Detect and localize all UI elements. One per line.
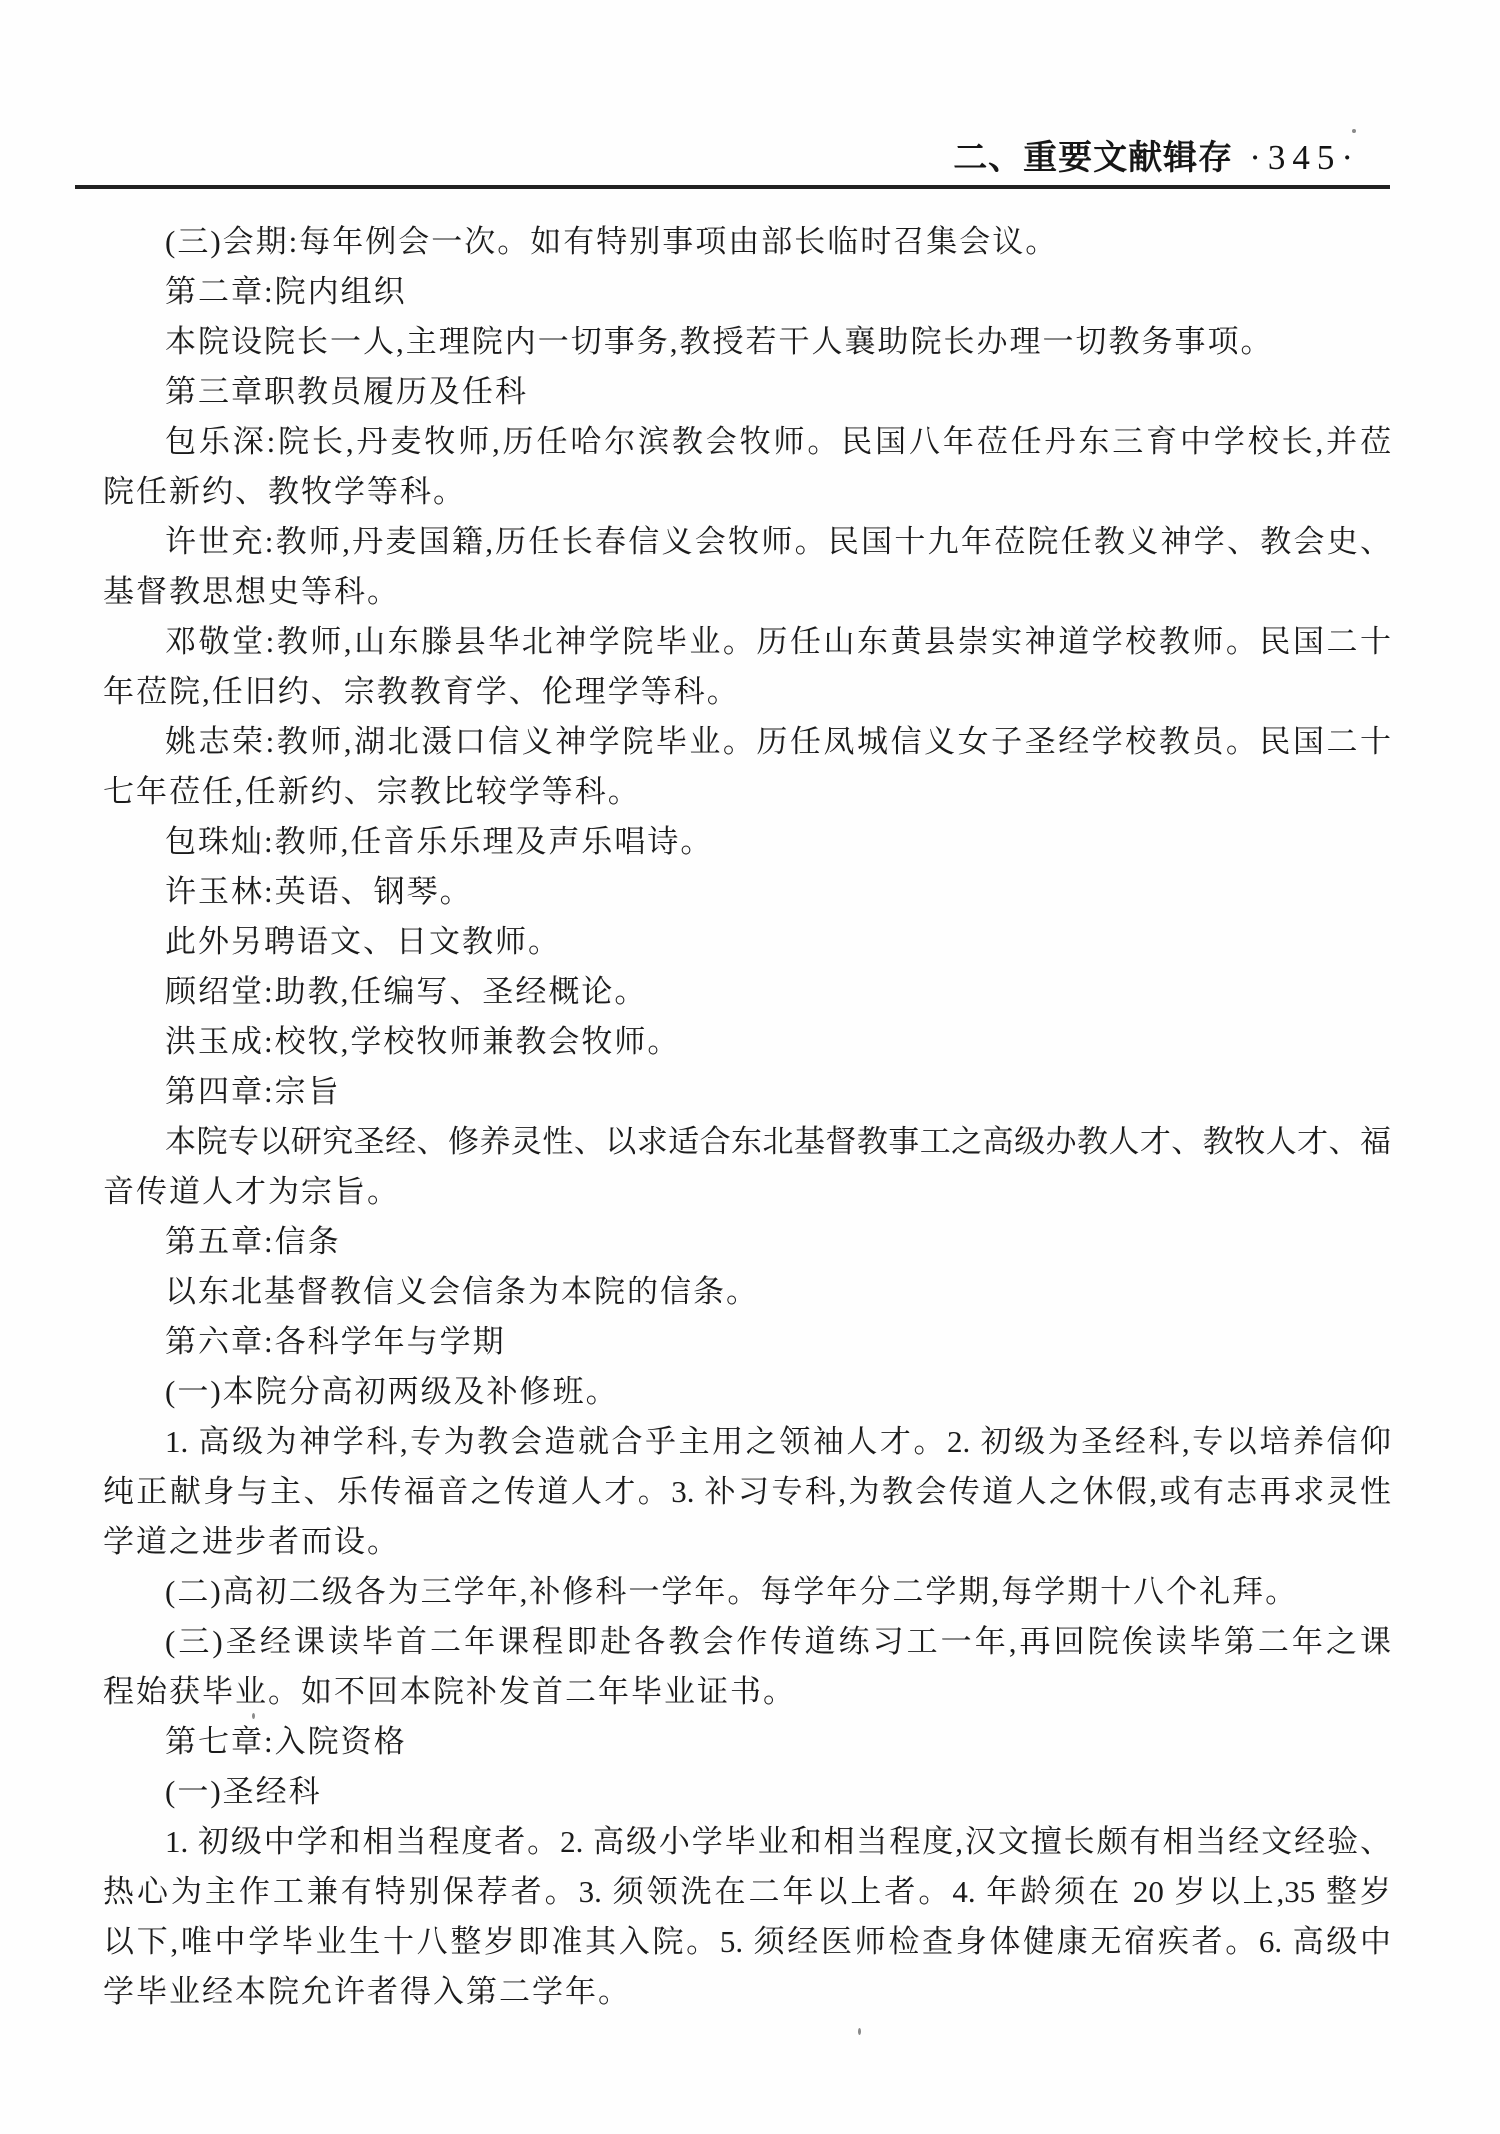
text-line: 第六章:各科学年与学期 bbox=[103, 1317, 1391, 1367]
text-line: 邓敬堂:教师,山东滕县华北神学院毕业。历任山东黄县崇实神道学校教师。民国二十 bbox=[103, 617, 1391, 667]
text-line: 第二章:院内组织 bbox=[103, 267, 1391, 317]
text-line: 学毕业经本院允许者得入第二学年。 bbox=[103, 1967, 1391, 2017]
text-line: 姚志荣:教师,湖北滠口信义神学院毕业。历任凤城信义女子圣经学校教员。民国二十 bbox=[103, 717, 1391, 767]
scan-speck bbox=[252, 1713, 255, 1719]
text-line: (一)本院分高初两级及补修班。 bbox=[103, 1367, 1391, 1417]
text-line: 第四章:宗旨 bbox=[103, 1067, 1391, 1117]
text-line: 本院专以研究圣经、修养灵性、以求适合东北基督教事工之高级办教人才、教牧人才、福 bbox=[103, 1117, 1391, 1167]
text-line: 基督教思想史等科。 bbox=[103, 567, 1391, 617]
text-line: (三)圣经课读毕首二年课程即赴各教会作传道练习工一年,再回院俟读毕第二年之课 bbox=[103, 1617, 1391, 1667]
scanned-book-page: 二、重要文献辑存·345· (三)会期:每年例会一次。如有特别事项由部长临时召集… bbox=[0, 0, 1500, 2134]
text-line: 第三章职教员履历及任科 bbox=[103, 367, 1391, 417]
text-line: 第五章:信条 bbox=[103, 1217, 1391, 1267]
text-line: 纯正献身与主、乐传福音之传道人才。3. 补习专科,为教会传道人之休假,或有志再求… bbox=[103, 1467, 1391, 1517]
text-line: (三)会期:每年例会一次。如有特别事项由部长临时召集会议。 bbox=[103, 217, 1391, 267]
text-line: 洪玉成:校牧,学校牧师兼教会牧师。 bbox=[103, 1017, 1391, 1067]
text-line: 1. 高级为神学科,专为教会造就合乎主用之领袖人才。2. 初级为圣经科,专以培养… bbox=[103, 1417, 1391, 1467]
text-line: (二)高初二级各为三学年,补修科一学年。每学年分二学期,每学期十八个礼拜。 bbox=[103, 1567, 1391, 1617]
text-line: 热心为主作工兼有特别保荐者。3. 须领洗在二年以上者。4. 年龄须在 20 岁以… bbox=[103, 1867, 1391, 1917]
text-line: 音传道人才为宗旨。 bbox=[103, 1167, 1391, 1217]
text-line: 年莅院,任旧约、宗教教育学、伦理学等科。 bbox=[103, 667, 1391, 717]
page-number: ·345· bbox=[1249, 138, 1360, 177]
text-line: 1. 初级中学和相当程度者。2. 高级小学毕业和相当程度,汉文擅长颇有相当经文经… bbox=[103, 1817, 1391, 1867]
text-line: 以东北基督教信义会信条为本院的信条。 bbox=[103, 1267, 1391, 1317]
text-line: 本院设院长一人,主理院内一切事务,教授若干人襄助院长办理一切教务事项。 bbox=[103, 317, 1391, 367]
text-line: 第七章:入院资格 bbox=[103, 1717, 1391, 1767]
text-line: 程始获毕业。如不回本院补发首二年毕业证书。 bbox=[103, 1667, 1391, 1717]
text-line: (一)圣经科 bbox=[103, 1767, 1391, 1817]
text-line: 包珠灿:教师,任音乐乐理及声乐唱诗。 bbox=[103, 817, 1391, 867]
text-line: 许世充:教师,丹麦国籍,历任长春信义会牧师。民国十九年莅院任教义神学、教会史、 bbox=[103, 517, 1391, 567]
text-line: 院任新约、教牧学等科。 bbox=[103, 467, 1391, 517]
text-line: 此外另聘语文、日文教师。 bbox=[103, 917, 1391, 967]
text-line: 学道之进步者而设。 bbox=[103, 1517, 1391, 1567]
text-line: 包乐深:院长,丹麦牧师,历任哈尔滨教会牧师。民国八年莅任丹东三育中学校长,并莅 bbox=[103, 417, 1391, 467]
page-header: 二、重要文献辑存·345· bbox=[0, 130, 1360, 179]
text-line: 顾绍堂:助教,任编写、圣经概论。 bbox=[103, 967, 1391, 1017]
document-body: (三)会期:每年例会一次。如有特别事项由部长临时召集会议。第二章:院内组织本院设… bbox=[103, 217, 1391, 2017]
scan-speck bbox=[1352, 129, 1356, 133]
text-line: 以下,唯中学毕业生十八整岁即准其入院。5. 须经医师检查身体健康无宿疾者。6. … bbox=[103, 1917, 1391, 1967]
running-head-title: 二、重要文献辑存 bbox=[953, 139, 1233, 177]
scan-speck bbox=[858, 2028, 861, 2035]
text-line: 七年莅任,任新约、宗教比较学等科。 bbox=[103, 767, 1391, 817]
text-line: 许玉林:英语、钢琴。 bbox=[103, 867, 1391, 917]
header-rule bbox=[75, 185, 1390, 189]
